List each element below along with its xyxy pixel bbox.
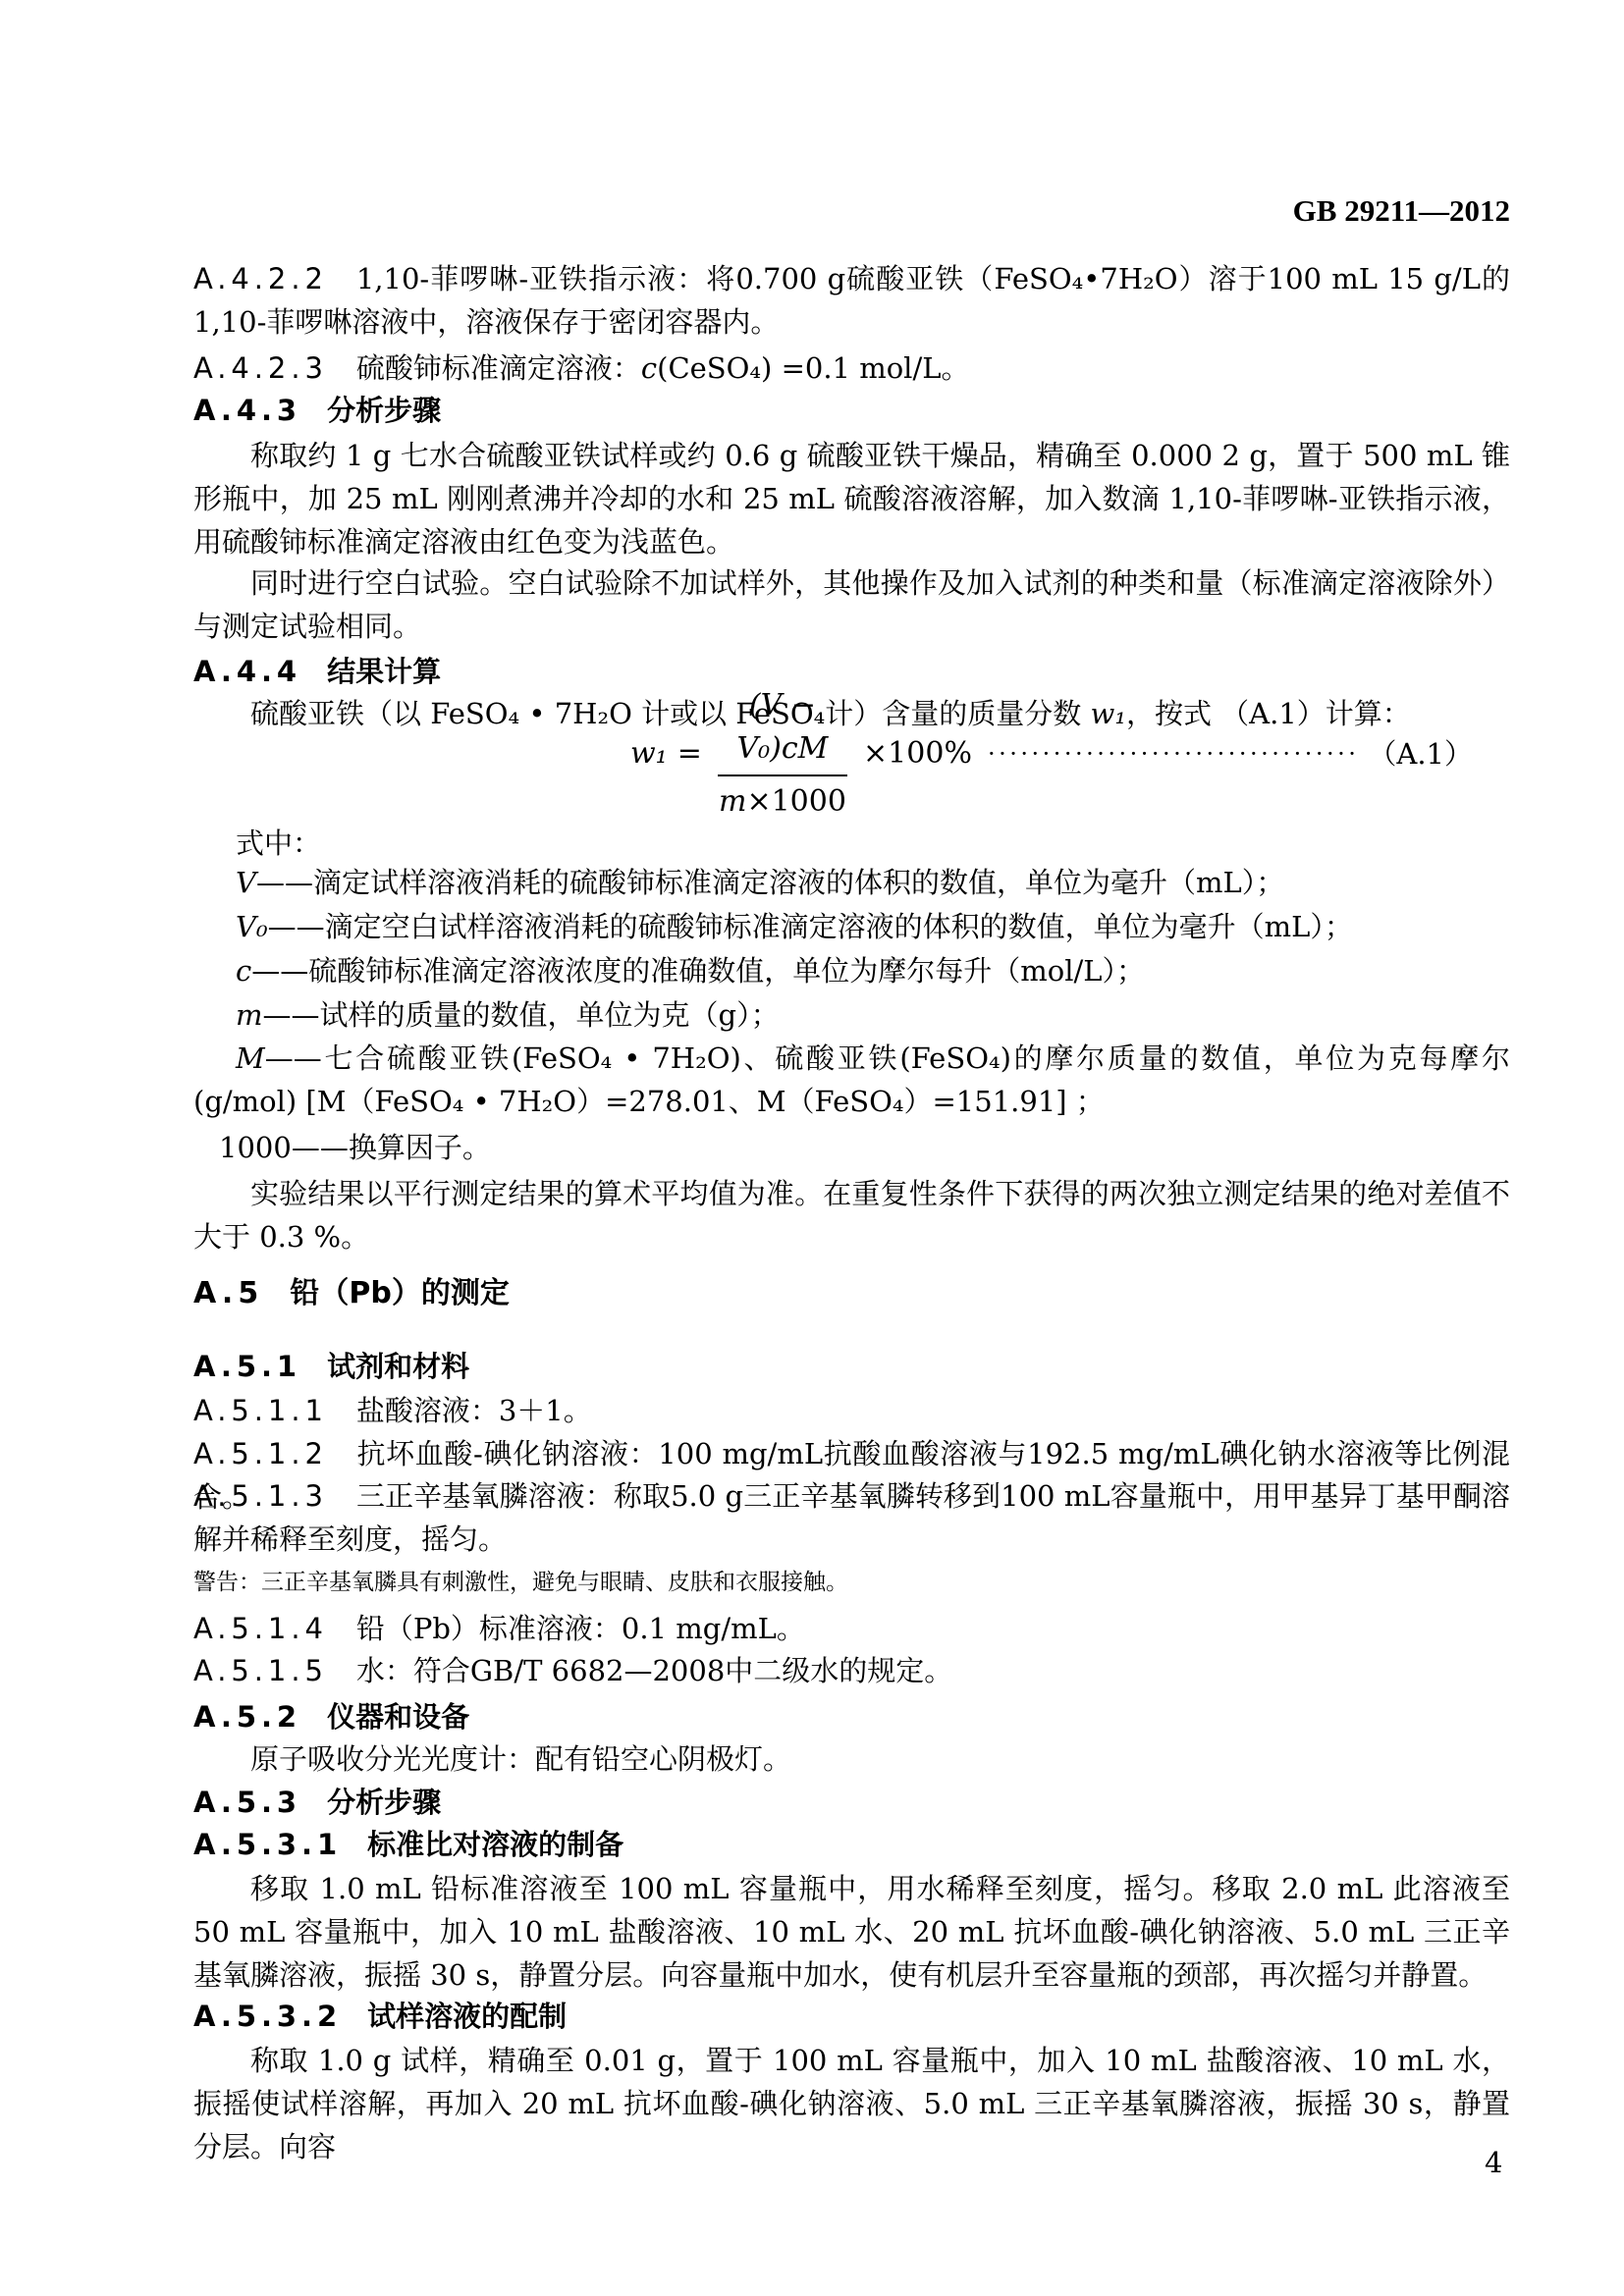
equals-sign: = [677,732,702,775]
heading-number: A.5.3.1 [193,1828,367,1861]
times-100-percent: ×100% [863,732,972,775]
var-term: c [236,954,251,988]
formula-lhs: w₁ [630,732,668,775]
heading-a52: A.5.2仪器和设备 [193,1695,1510,1738]
clause-text: 铅（Pb）标准溶液：0.1 mg/mL。 [356,1612,805,1645]
clause-a513: A.5.1.3三正辛基氧膦溶液：称取5.0 g三正辛基氧膦转移到100 mL容量… [193,1474,1510,1561]
clause-text: 三正辛基氧膦溶液：称取5.0 g三正辛基氧膦转移到100 mL容量瓶中，用甲基异… [193,1479,1510,1556]
heading-title: 结果计算 [327,655,441,688]
var-desc: ——试样的质量的数值，单位为克（g）； [263,998,780,1032]
var-item-m: m——试样的质量的数值，单位为克（g）； [193,993,1510,1037]
heading-number: A.5.3 [193,1786,327,1819]
heading-a53: A.5.3分析步骤 [193,1781,1510,1824]
formula-a1: w₁ = (V − V₀)cM m×1000 ×100% ···········… [193,699,1510,809]
heading-number: A.4.3 [193,394,327,427]
heading-a51: A.5.1试剂和材料 [193,1345,1510,1388]
var-term: 1000 [219,1131,292,1164]
page-header: GB 29211—2012 [193,193,1510,229]
var-item-M: M——七合硫酸亚铁(FeSO₄ • 7H₂O)、硫酸亚铁(FeSO₄)的摩尔质量… [193,1037,1510,1123]
clause-a511: A.5.1.1盐酸溶液：3＋1。 [193,1389,1510,1432]
var-item-V0: V₀——滴定空白试样溶液消耗的硫酸铈标准滴定溶液的体积的数值，单位为毫升（mL）… [193,905,1510,948]
formula-label: （A.1） [1368,732,1473,775]
fraction-numerator: (V − V₀)cM [718,684,847,776]
heading-title: 分析步骤 [327,1786,441,1819]
var-term: M [236,1041,265,1075]
clause-number: A.4.2.3 [193,351,356,385]
heading-number: A.5.1 [193,1350,327,1383]
document-page: GB 29211—2012 A.4.2.21,10-菲啰啉-亚铁指示液：将0.7… [0,0,1624,2296]
heading-a532: A.5.3.2试样溶液的配制 [193,1995,1510,2038]
clause-a422: A.4.2.21,10-菲啰啉-亚铁指示液：将0.700 g硫酸亚铁（FeSO₄… [193,257,1510,344]
var-term: m [236,998,263,1032]
heading-title: 试剂和材料 [327,1350,469,1383]
paragraph-a531: 移取 1.0 mL 铅标准溶液至 100 mL 容量瓶中，用水稀释至刻度，摇匀。… [193,1867,1510,1997]
var-desc: ——七合硫酸亚铁(FeSO₄ • 7H₂O)、硫酸亚铁(FeSO₄)的摩尔质量的… [193,1041,1510,1118]
clause-number: A.5.1.3 [193,1479,356,1513]
page-number: 4 [1485,2146,1502,2179]
variable-c: c [641,351,657,385]
var-term: V₀ [236,910,268,943]
heading-number: A.5 [193,1276,290,1310]
paragraph-a52: 原子吸收分光光度计：配有铅空心阴极灯。 [193,1737,1510,1781]
paragraph-result: 实验结果以平行测定结果的算术平均值为准。在重复性条件下获得的两次独立测定结果的绝… [193,1172,1510,1258]
var-term: V [236,866,256,899]
heading-title: 标准比对溶液的制备 [367,1828,623,1861]
heading-a43: A.4.3分析步骤 [193,389,1510,432]
heading-number: A.4.4 [193,655,327,688]
clause-text: 1,10-菲啰啉-亚铁指示液：将0.700 g硫酸亚铁（FeSO₄•7H₂O）溶… [193,262,1510,339]
heading-a531: A.5.3.1标准比对溶液的制备 [193,1823,1510,1866]
heading-title: 铅（Pb）的测定 [290,1276,509,1310]
var-desc: ——换算因子。 [292,1131,491,1164]
dot-leader: ······································· [988,732,1356,775]
formula-math: w₁ = (V − V₀)cM m×1000 ×100% [630,684,972,824]
clause-text: (CeSO₄) =0.1 mol/L。 [657,351,969,385]
fraction-denominator: m×1000 [718,776,847,824]
paragraph-a532: 称取 1.0 g 试样，精确至 0.01 g，置于 100 mL 容量瓶中，加入… [193,2039,1510,2168]
var-desc: ——滴定试样溶液消耗的硫酸铈标准滴定溶液的体积的数值，单位为毫升（mL）； [256,866,1284,899]
clause-number: A.5.1.1 [193,1394,356,1427]
var-item-c: c——硫酸铈标准滴定溶液浓度的准确数值，单位为摩尔每升（mol/L）； [193,949,1510,992]
paragraph-a43-2: 同时进行空白试验。空白试验除不加试样外，其他操作及加入试剂的种类和量（标准滴定溶… [193,561,1510,648]
heading-title: 分析步骤 [327,394,441,427]
clause-number: A.4.2.2 [193,262,356,295]
clause-text: 硫酸铈标准滴定溶液： [356,351,641,385]
var-desc: ——滴定空白试样溶液消耗的硫酸铈标准滴定溶液的体积的数值，单位为毫升（mL）； [268,910,1353,943]
clause-a514: A.5.1.4铅（Pb）标准溶液：0.1 mg/mL。 [193,1607,1510,1650]
heading-title: 仪器和设备 [327,1700,469,1734]
var-item-1000: 1000——换算因子。 [193,1126,1510,1169]
clause-text: 水：符合GB/T 6682—2008中二级水的规定。 [356,1654,952,1687]
clause-text: 盐酸溶液：3＋1。 [356,1394,592,1427]
warning-note: 警告：三正辛基氧膦具有刺激性，避免与眼睛、皮肤和衣服接触。 [193,1568,1510,1597]
clause-number: A.5.1.4 [193,1612,356,1645]
heading-a5: A.5铅（Pb）的测定 [193,1272,1510,1315]
heading-title: 试样溶液的配制 [367,2000,567,2033]
formula-fraction: (V − V₀)cM m×1000 [718,684,847,824]
clause-number: A.5.1.5 [193,1654,356,1687]
clause-a515: A.5.1.5水：符合GB/T 6682—2008中二级水的规定。 [193,1649,1510,1692]
var-item-V: V——滴定试样溶液消耗的硫酸铈标准滴定溶液的体积的数值，单位为毫升（mL）； [193,861,1510,904]
paragraph-a43-1: 称取约 1 g 七水合硫酸亚铁试样或约 0.6 g 硫酸亚铁干燥品，精确至 0.… [193,434,1510,563]
heading-number: A.5.2 [193,1700,327,1734]
clause-a423: A.4.2.3硫酸铈标准滴定溶液：c(CeSO₄) =0.1 mol/L。 [193,347,1510,390]
where-label: 式中： [193,822,1510,865]
var-desc: ——硫酸铈标准滴定溶液浓度的准确数值，单位为摩尔每升（mol/L）； [251,954,1145,988]
clause-number: A.5.1.2 [193,1437,356,1470]
heading-number: A.5.3.2 [193,2000,367,2033]
doc-number: GB 29211—2012 [1293,193,1510,228]
